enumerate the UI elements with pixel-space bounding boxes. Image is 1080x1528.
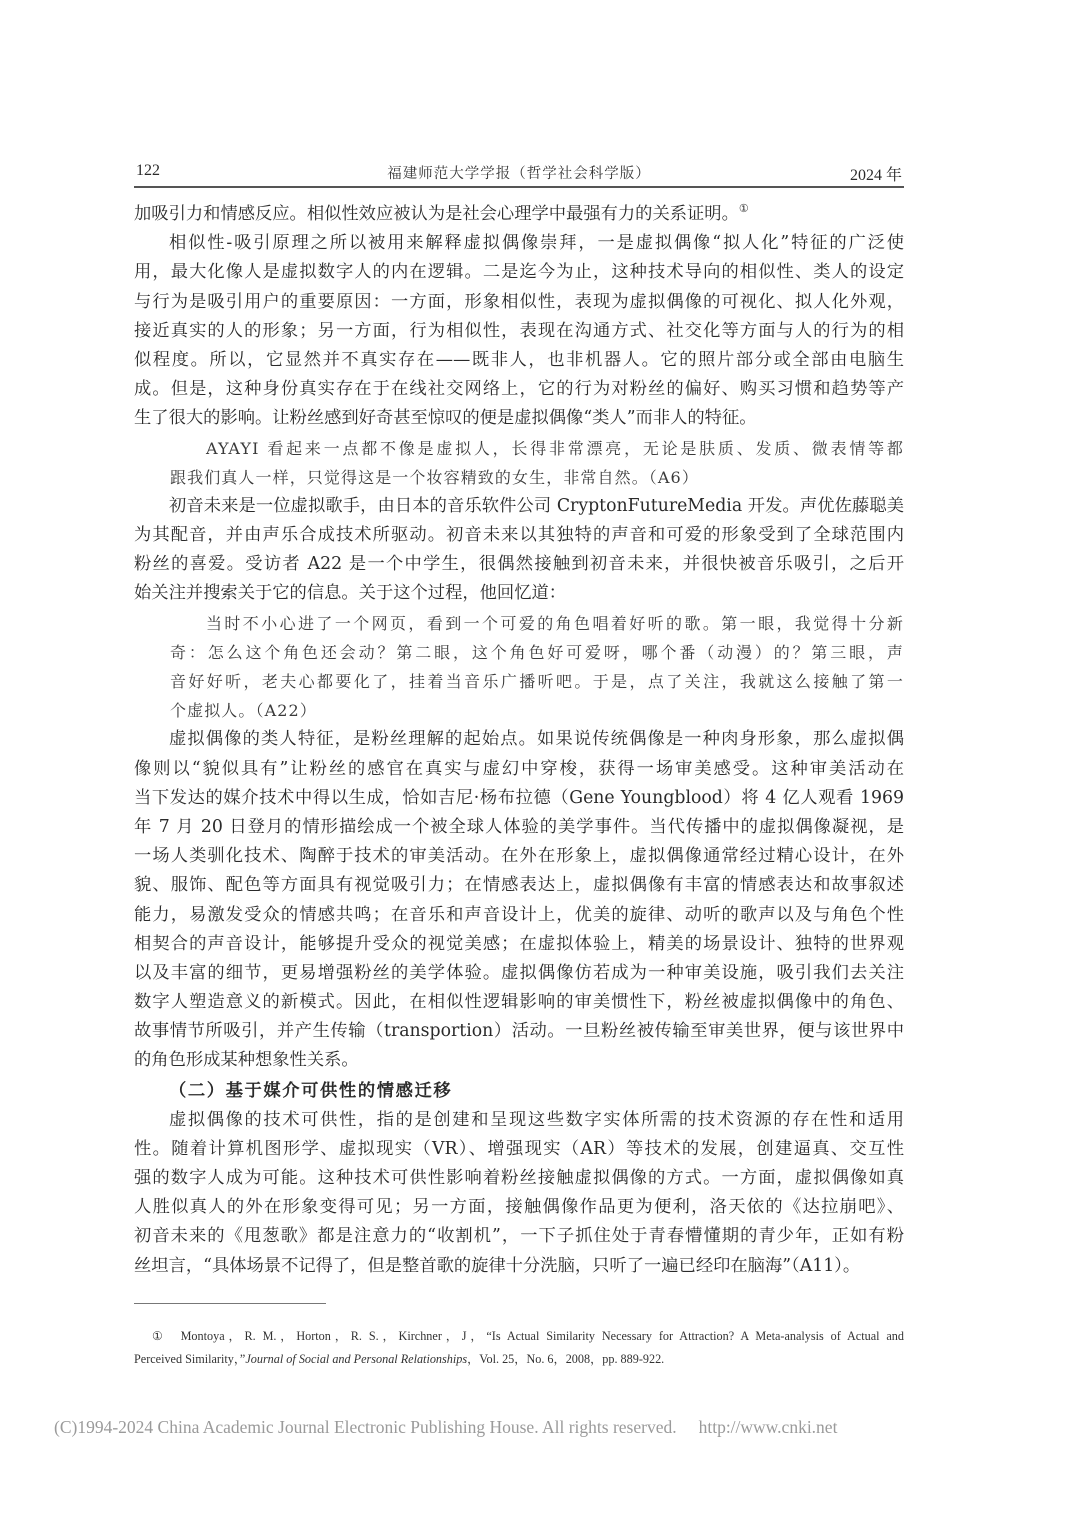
paragraph-line: 为其配音，并由声乐合成技术所驱动。初音未来以其独特的声音和可爱的形象受到了全球范… [134, 521, 904, 550]
quote-line: 奇：怎么这个角色还会动？第二眼，这个角色好可爱呀，哪个番（动漫）的？第三眼，声 [134, 638, 904, 667]
paragraph-line: 接近真实的人的形象；另一方面，行为相似性，表现在沟通方式、社交化等方面与人的行为… [134, 317, 904, 346]
paragraph-line: 人胜似真人的外在形象变得可见；另一方面，接触偶像作品更为便利，洛天依的《达拉崩吧… [134, 1193, 904, 1222]
paragraph-similarity-attraction: 相似性-吸引原理之所以被用来解释虚拟偶像崇拜，一是虚拟偶像“拟人化”特征的广泛使… [134, 229, 904, 433]
quote-line: 个虚拟人。（A22） [134, 696, 904, 725]
paragraph-line: 生了很大的影响。让粉丝感到好奇甚至惊叹的便是虚拟偶像“类人”而非人的特征。 [134, 404, 904, 433]
paragraph-line: 以及丰富的细节，更易增强粉丝的美学体验。虚拟偶像仿若成为一种审美设施，吸引我们去… [134, 959, 904, 988]
paragraph-aesthetic-experience: 虚拟偶像的类人特征，是粉丝理解的起始点。如果说传统偶像是一种肉身形象，那么虚拟偶… [134, 725, 904, 1075]
paragraph-line: 性。随着计算机图形学、虚拟现实（VR）、增强现实（AR）等技术的发展，创建逼真、… [134, 1135, 904, 1164]
paragraph-line: 成。但是，这种身份真实存在于在线社交网络上，它的行为对粉丝的偏好、购买习惯和趋势… [134, 375, 904, 404]
paragraph-line: 粉丝的喜爱。受访者 A22 是一个中学生，很偶然接触到初音未来，并很快被音乐吸引… [134, 550, 904, 579]
interview-quote-a22: 当时不小心进了一个网页，看到一个可爱的角色唱着好听的歌。第一眼，我觉得十分新 奇… [134, 609, 904, 726]
paragraph-line: 的角色形成某种想象性关系。 [134, 1046, 904, 1075]
paragraph-line: 始关注并搜索关于它的信息。关于这个过程，他回忆道： [134, 579, 904, 608]
paragraph-continued: 加吸引力和情感反应。相似性效应被认为是社会心理学中最强有力的关系证明。① [134, 200, 904, 229]
paragraph-line: 年 7 月 20 日登月的情形描绘成一个被全球人体验的美学事件。当代传播中的虚拟… [134, 813, 904, 842]
paragraph-line: 虚拟偶像的类人特征，是粉丝理解的起始点。如果说传统偶像是一种肉身形象，那么虚拟偶 [134, 725, 904, 754]
footnote-marker: ① [152, 1329, 167, 1343]
paragraph-line: 相契合的声音设计，能够提升受众的视觉美感；在虚拟体验上，精美的场景设计、独特的世… [134, 930, 904, 959]
quote-line: AYAYI 看起来一点都不像是虚拟人，长得非常漂亮，无论是肤质、发质、微表情等都 [134, 434, 904, 463]
article-body: 加吸引力和情感反应。相似性效应被认为是社会心理学中最强有力的关系证明。① 相似性… [134, 200, 904, 1281]
paragraph-line: 初音未来的《甩葱歌》都是注意力的“收割机”，一下子抓住处于青春懵懂期的青少年，正… [134, 1222, 904, 1251]
interview-quote-a6: AYAYI 看起来一点都不像是虚拟人，长得非常漂亮，无论是肤质、发质、微表情等都… [134, 434, 904, 492]
paragraph-line: 丝坦言，“具体场景不记得了，但是整首歌的旋律十分洗脑，只听了一遍已经印在脑海”（… [134, 1252, 904, 1281]
paragraph-line: 相似性-吸引原理之所以被用来解释虚拟偶像崇拜，一是虚拟偶像“拟人化”特征的广泛使 [134, 229, 904, 258]
quote-line: 当时不小心进了一个网页，看到一个可爱的角色唱着好听的歌。第一眼，我觉得十分新 [134, 609, 904, 638]
paragraph-media-affordance: 虚拟偶像的技术可供性，指的是创建和呈现这些数字实体所需的技术资源的存在性和适用 … [134, 1106, 904, 1281]
paragraph-line: 强的数字人成为可能。这种技术可供性影响着粉丝接触虚拟偶像的方式。一方面，虚拟偶像… [134, 1164, 904, 1193]
footnote-text: ，Vol. 25，No. 6，2008，pp. 889-922. [467, 1352, 664, 1366]
footnote-journal-title: Journal of Social and Personal Relations… [245, 1352, 467, 1366]
running-header: 122 福建师范大学学报（哲学社会科学版） 2024 年 [134, 160, 904, 188]
paragraph-line: 数字人塑造意义的新模式。因此，在相似性逻辑影响的审美惯性下，粉丝被虚拟偶像中的角… [134, 988, 904, 1017]
journal-title: 福建师范大学学报（哲学社会科学版） [134, 162, 904, 183]
paragraph-line: 像则以“貌似具有”让粉丝的感官在真实与虚幻中穿梭，获得一场审美感受。这种审美活动… [134, 755, 904, 784]
paragraph-line: 当下发达的媒介技术中得以生成，恰如吉尼·杨布拉德（Gene Youngblood… [134, 784, 904, 813]
publication-year: 2024 年 [850, 162, 902, 185]
paragraph-line: 初音未来是一位虚拟歌手，由日本的音乐软件公司 CryptonFutureMedi… [134, 492, 904, 521]
copyright-text: (C)1994-2024 China Academic Journal Elec… [54, 1417, 677, 1437]
footnote-divider [134, 1303, 326, 1304]
footnote-text: Montoya，R. M.，Horton，R. S.，Kirchner，J，“I… [181, 1329, 904, 1343]
footnote-marker[interactable]: ① [739, 202, 749, 215]
cnki-link[interactable]: http://www.cnki.net [699, 1417, 838, 1437]
paragraph-line: 虚拟偶像的技术可供性，指的是创建和呈现这些数字实体所需的技术资源的存在性和适用 [134, 1106, 904, 1135]
paragraph-line: 能力，易激发受众的情感共鸣；在音乐和声音设计上，优美的旋律、动听的歌声以及与角色… [134, 901, 904, 930]
quote-line: 音好好听，老夫心都要化了，挂着当音乐广播听吧。于是，点了关注，我就这么接触了第一 [134, 667, 904, 696]
section-heading: （二）基于媒介可供性的情感迁移 [134, 1076, 904, 1106]
paragraph-line: 似程度。所以，它显然并不真实存在——既非人，也非机器人。它的照片部分或全部由电脑… [134, 346, 904, 375]
footnote-text: Perceived Similarity，” [134, 1352, 245, 1366]
paragraph-line: 貌、服饰、配色等方面具有视觉吸引力；在情感表达上，虚拟偶像有丰富的情感表达和故事… [134, 871, 904, 900]
paragraph-text: 加吸引力和情感反应。相似性效应被认为是社会心理学中最强有力的关系证明。 [134, 204, 739, 224]
paragraph-line: 与行为是吸引用户的重要原因：一方面，形象相似性，表现为虚拟偶像的可视化、拟人化外… [134, 288, 904, 317]
copyright-notice: (C)1994-2024 China Academic Journal Elec… [0, 1417, 1080, 1438]
paragraph-line: 用，最大化像人是虚拟数字人的内在逻辑。二是迄今为止，这种技术导向的相似性、类人的… [134, 258, 904, 287]
quote-line: 跟我们真人一样，只觉得这是一个妆容精致的女生，非常自然。（A6） [134, 463, 904, 492]
footnote: ① Montoya，R. M.，Horton，R. S.，Kirchner，J，… [134, 1325, 904, 1371]
paragraph-line: 一场人类驯化技术、陶醉于技术的审美活动。在外在形象上，虚拟偶像通常经过精心设计，… [134, 842, 904, 871]
paragraph-hatsune-miku: 初音未来是一位虚拟歌手，由日本的音乐软件公司 CryptonFutureMedi… [134, 492, 904, 609]
paragraph-line: 故事情节所吸引，并产生传输（transportion）活动。一旦粉丝被传输至审美… [134, 1017, 904, 1046]
